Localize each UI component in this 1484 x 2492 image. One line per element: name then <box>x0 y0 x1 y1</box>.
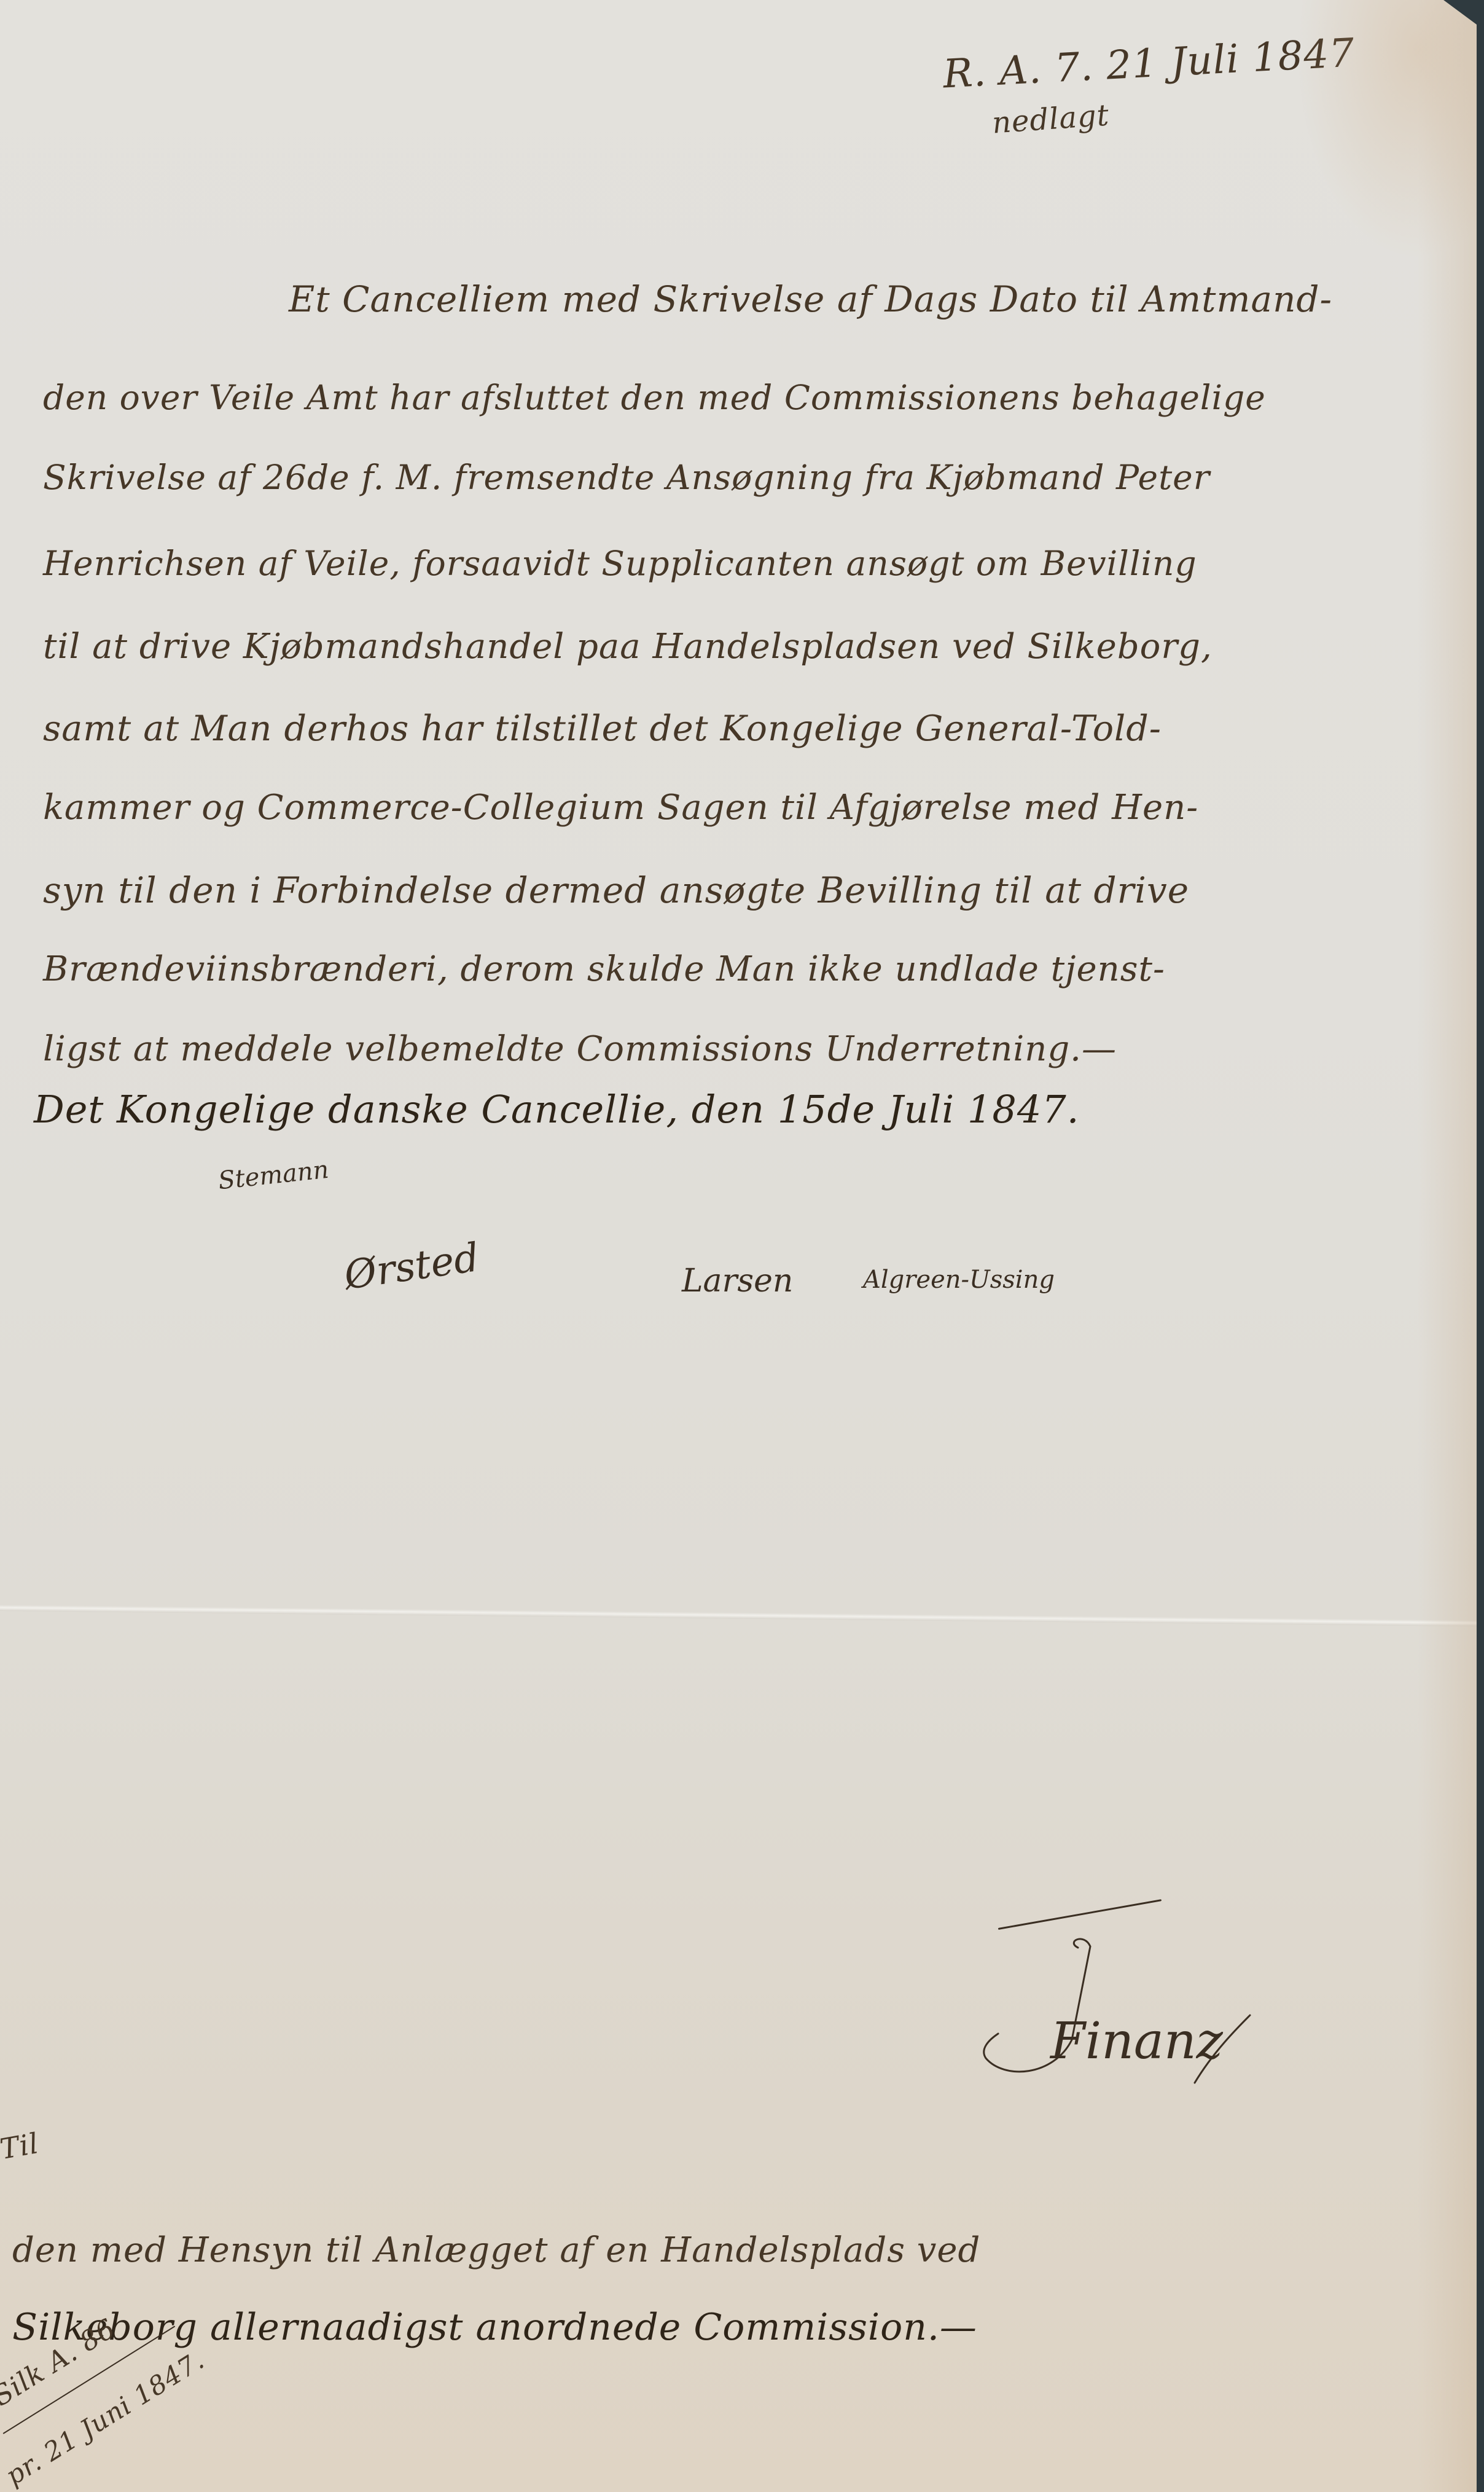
body-line-8: syn til den i Forbindelse dermed ansøgte… <box>43 872 1189 908</box>
body-line-4: Henrichsen af Veile, forsaavidt Supplica… <box>43 547 1197 581</box>
body-line-3: Skrivelse af 26de f. M. fremsendte Ansøg… <box>43 461 1210 495</box>
signature-2: Larsen <box>682 1263 793 1299</box>
signature-overline <box>998 1899 1162 1930</box>
body-line-10: ligst at meddele velbemeldte Commissions… <box>43 1032 1117 1067</box>
body-line-6: samt at Man derhos har tilstillet det Ko… <box>43 711 1162 746</box>
footer-address-line-1: den med Hensyn til Anlægget af en Handel… <box>12 2233 980 2268</box>
header-note-date: R. A. 7. 21 Juli 1847 <box>942 33 1356 94</box>
closing-date-line: Det Kongelige danske Cancellie, den 15de… <box>34 1091 1079 1129</box>
signature-3: Algreen-Ussing <box>863 1266 1055 1294</box>
signature-prefix: Stemann <box>217 1156 330 1196</box>
signature-large: Finanz <box>1050 2012 1223 2071</box>
body-line-1: Et Cancellieт med Skrivelse af Dags Dato… <box>289 281 1332 317</box>
body-line-9: Brændeviinsbrænderi, derom skulde Man ik… <box>43 952 1165 987</box>
body-line-7: kammer og Commerce-Collegium Sagen til A… <box>43 791 1198 825</box>
signature-1: Ørsted <box>342 1235 482 1299</box>
footer-til: Til <box>0 2129 41 2163</box>
body-line-2: den over Veile Amt har afsluttet den med… <box>43 381 1266 415</box>
footer-address-line-2: Silkeborg allernaadigst anordnede Commis… <box>12 2309 977 2346</box>
paper-fold-crease <box>0 1605 1477 1626</box>
body-line-5: til at drive Kjøbmandshandel paa Handels… <box>43 630 1213 664</box>
document-page: R. A. 7. 21 Juli 1847 nedlagt Et Cancell… <box>0 0 1477 2492</box>
header-note-status: nedlagt <box>991 100 1111 138</box>
